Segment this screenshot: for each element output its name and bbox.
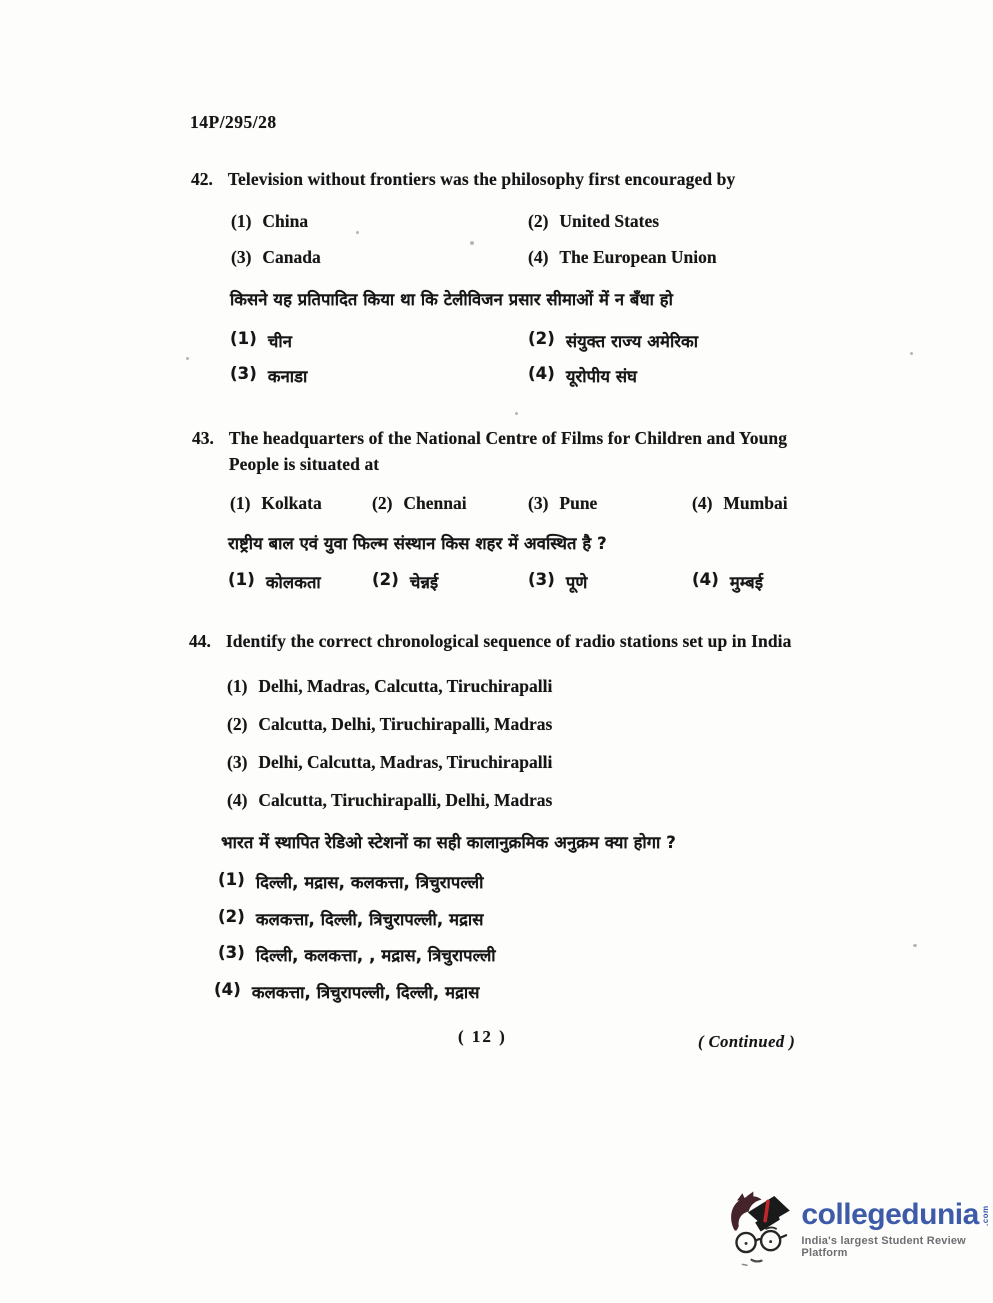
- continued-note: ( Continued ): [698, 1032, 795, 1052]
- option-text: Delhi, Madras, Calcutta, Tiruchirapalli: [258, 676, 552, 697]
- option-en: (4) The European Union: [528, 247, 717, 268]
- option-text: Calcutta, Delhi, Tiruchirapalli, Madras: [258, 714, 552, 735]
- option-text: Kolkata: [261, 493, 321, 514]
- option-en: (2) United States: [528, 211, 659, 232]
- option-label: (1): [230, 329, 257, 352]
- question-text-en: The headquarters of the National Centre …: [229, 425, 807, 478]
- option-label: (1): [228, 570, 255, 593]
- option-text: दिल्ली, कलकत्ता, , मद्रास, त्रिचुरापल्ली: [256, 943, 496, 966]
- question-number: 44.: [189, 628, 211, 654]
- question-43: 43. The headquarters of the National Cen…: [192, 425, 832, 478]
- option-text: संयुक्त राज्य अमेरिका: [566, 329, 698, 352]
- question-text-hi: भारत में स्थापित रेडिओ स्टेशनों का सही क…: [221, 830, 676, 853]
- collegedunia-mascot-icon: [726, 1184, 793, 1270]
- option-en: (4) Calcutta, Tiruchirapalli, Delhi, Mad…: [227, 790, 552, 811]
- option-label: (4): [528, 247, 548, 268]
- scan-speck: [356, 231, 359, 234]
- scan-speck: [913, 944, 917, 947]
- option-label: (4): [692, 570, 719, 593]
- option-hi: (1) दिल्ली, मद्रास, कलकत्ता, त्रिचुरापल्…: [218, 870, 483, 893]
- collegedunia-logo: collegedunia .com India's largest Studen…: [726, 1184, 993, 1270]
- option-en: (3) Pune: [528, 493, 597, 514]
- option-hi: (2) संयुक्त राज्य अमेरिका: [528, 329, 698, 352]
- option-label: (4): [227, 790, 247, 811]
- option-text: Pune: [559, 493, 597, 514]
- option-label: (3): [227, 752, 247, 773]
- option-hi: (3) दिल्ली, कलकत्ता, , मद्रास, त्रिचुराप…: [218, 943, 496, 966]
- option-label: (1): [227, 676, 247, 697]
- option-label: (2): [372, 570, 399, 593]
- option-en: (1) China: [231, 211, 308, 232]
- option-text: मुम्बई: [730, 570, 763, 593]
- option-hi: (4) मुम्बई: [692, 570, 763, 593]
- scan-speck: [470, 241, 474, 245]
- option-hi: (3) कनाडा: [230, 364, 307, 387]
- question-44: 44. Identify the correct chronological s…: [189, 628, 839, 654]
- option-hi: (1) चीन: [230, 329, 292, 352]
- question-42: 42. Television without frontiers was the…: [191, 166, 791, 192]
- option-label: (3): [230, 364, 257, 387]
- option-label: (4): [214, 980, 241, 1003]
- question-text-en: Television without frontiers was the phi…: [228, 166, 735, 192]
- option-text: चीन: [268, 329, 292, 352]
- option-text: The European Union: [559, 247, 716, 268]
- option-text: Delhi, Calcutta, Madras, Tiruchirapalli: [258, 752, 552, 773]
- option-en: (3) Delhi, Calcutta, Madras, Tiruchirapa…: [227, 752, 552, 773]
- question-number: 42.: [191, 166, 213, 192]
- option-label: (2): [218, 907, 245, 930]
- option-label: (3): [528, 570, 555, 593]
- option-text: कलकत्ता, दिल्ली, त्रिचुरापल्ली, मद्रास: [256, 907, 484, 930]
- option-label: (3): [218, 943, 245, 966]
- option-label: (1): [231, 211, 251, 232]
- option-text: Calcutta, Tiruchirapalli, Delhi, Madras: [258, 790, 552, 811]
- option-en: (4) Mumbai: [692, 493, 788, 514]
- option-en: (1) Kolkata: [230, 493, 322, 514]
- question-number: 43.: [192, 425, 214, 478]
- option-text: चेन्नई: [410, 570, 438, 593]
- option-label: (2): [227, 714, 247, 735]
- scanned-question-paper-page: 14P/295/28 42. Television without fronti…: [0, 0, 993, 1303]
- scan-speck: [186, 357, 189, 360]
- question-text-hi: किसने यह प्रतिपादित किया था कि टेलीविजन …: [230, 287, 673, 310]
- question-text-en: Identify the correct chronological seque…: [226, 628, 792, 654]
- option-en: (2) Chennai: [372, 493, 467, 514]
- option-label: (4): [528, 364, 555, 387]
- logo-tagline: India's largest Student Review Platform: [801, 1235, 993, 1259]
- option-hi: (1) कोलकता: [228, 570, 321, 593]
- option-hi: (2) चेन्नई: [372, 570, 438, 593]
- option-label: (3): [231, 247, 251, 268]
- option-label: (4): [692, 493, 712, 514]
- option-text: China: [262, 211, 308, 232]
- option-text: दिल्ली, मद्रास, कलकत्ता, त्रिचुरापल्ली: [256, 870, 484, 893]
- option-en: (2) Calcutta, Delhi, Tiruchirapalli, Mad…: [227, 714, 552, 735]
- option-en: (1) Delhi, Madras, Calcutta, Tiruchirapa…: [227, 676, 552, 697]
- option-label: (1): [230, 493, 250, 514]
- paper-code: 14P/295/28: [190, 112, 277, 133]
- option-text: Chennai: [403, 493, 466, 514]
- option-hi: (4) कलकत्ता, त्रिचुरापल्ली, दिल्ली, मद्र…: [214, 980, 479, 1003]
- logo-brand-text: collegedunia: [801, 1200, 978, 1230]
- option-text: पूणे: [566, 570, 588, 593]
- scan-speck: [910, 352, 913, 355]
- option-label: (2): [528, 329, 555, 352]
- option-text: कलकत्ता, त्रिचुरापल्ली, दिल्ली, मद्रास: [252, 980, 480, 1003]
- page-number: ( 12 ): [458, 1027, 507, 1047]
- option-text: United States: [559, 211, 659, 232]
- option-label: (2): [372, 493, 392, 514]
- option-label: (1): [218, 870, 245, 893]
- option-hi: (3) पूणे: [528, 570, 587, 593]
- option-text: Mumbai: [723, 493, 787, 514]
- option-text: यूरोपीय संघ: [566, 364, 637, 387]
- question-text-hi: राष्ट्रीय बाल एवं युवा फिल्म संस्थान किस…: [228, 531, 607, 554]
- option-text: Canada: [262, 247, 320, 268]
- option-text: कोलकता: [266, 570, 321, 593]
- logo-tld-text: .com: [981, 1200, 990, 1226]
- option-hi: (2) कलकत्ता, दिल्ली, त्रिचुरापल्ली, मद्र…: [218, 907, 483, 930]
- option-label: (2): [528, 211, 548, 232]
- option-text: कनाडा: [268, 364, 308, 387]
- option-label: (3): [528, 493, 548, 514]
- option-en: (3) Canada: [231, 247, 321, 268]
- scan-speck: [515, 412, 518, 415]
- option-hi: (4) यूरोपीय संघ: [528, 364, 637, 387]
